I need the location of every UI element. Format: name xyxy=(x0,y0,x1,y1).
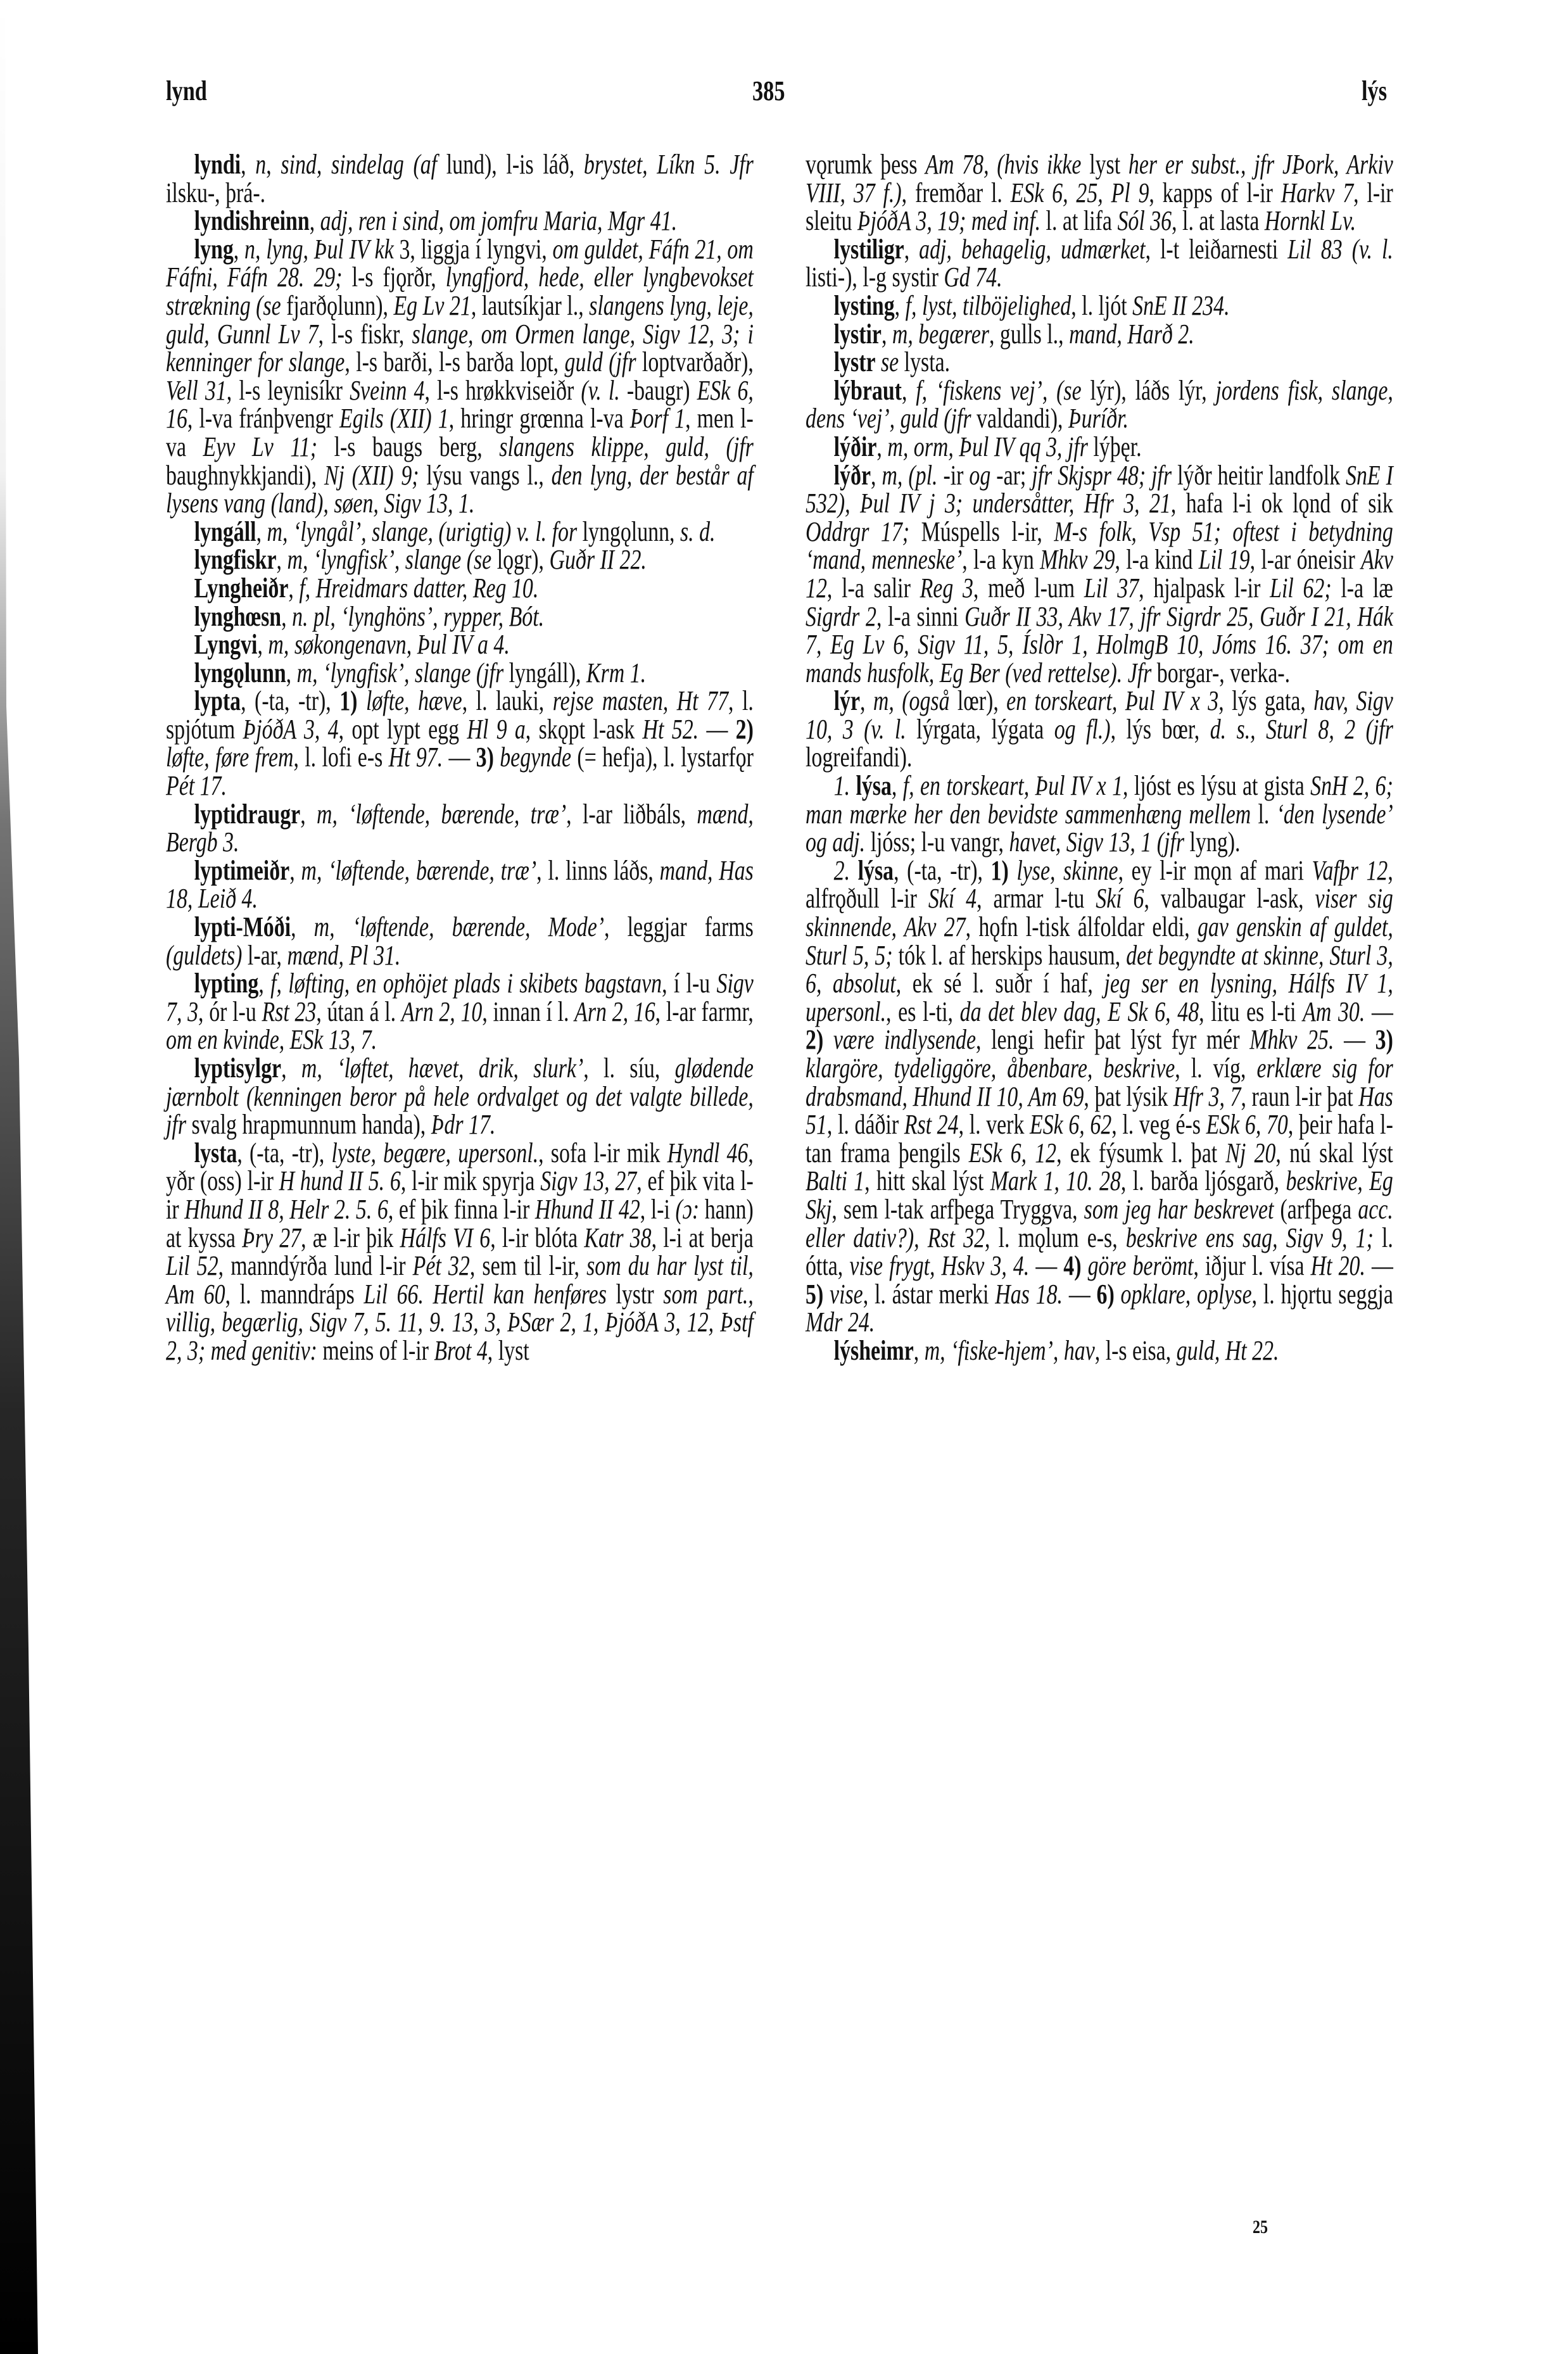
dictionary-entry: 2. lýsa, (-ta, -tr), 1) lyse, skinne, ey… xyxy=(806,857,1393,1337)
homonym-number: 1. xyxy=(834,770,856,801)
headword: lyptisylgr xyxy=(194,1053,281,1084)
headword: lysta xyxy=(194,1137,237,1168)
headword: lystiligr xyxy=(834,234,904,265)
dictionary-entry: lýsheimr, m, ‘fiske-hjem’, hav, l-s eisa… xyxy=(806,1337,1393,1365)
headword: lystir xyxy=(834,319,882,350)
headword: lýbraut xyxy=(834,375,902,406)
headword: lýsa xyxy=(856,770,891,801)
dictionary-entry: lystir, m, begærer, gulls l., mand, Harð… xyxy=(806,320,1393,349)
dictionary-entry: Lyngheiðr, f, Hreidmars datter, Reg 10. xyxy=(166,574,754,603)
dictionary-entry: lyptimeiðr, m, ‘løftende, bærende, træ’,… xyxy=(166,857,754,913)
dictionary-entry: lyngfiskr, m, ‘lyngfisk’, slange (se lǫg… xyxy=(166,546,754,574)
dictionary-entry: lýðr, m, (pl. -ir og -ar; jfr Skjspr 48;… xyxy=(806,462,1393,688)
headword: Lyngheiðr xyxy=(194,573,289,604)
dictionary-entry: lyndi, n, sind, sindelag (af lund), l-is… xyxy=(166,151,754,207)
dictionary-column-left: lyndi, n, sind, sindelag (af lund), l-is… xyxy=(166,151,754,1365)
dictionary-entry: lyngǫlunn, m, ‘lyngfisk’, slange (jfr ly… xyxy=(166,659,754,688)
headword: lýsheimr xyxy=(834,1335,914,1366)
headword: Lyngvi xyxy=(194,629,258,660)
dictionary-entry: lypta, (-ta, -tr), 1) løfte, hæve, l. la… xyxy=(166,687,754,800)
dictionary-entry: lyptidraugr, m, ‘løftende, bærende, træ’… xyxy=(166,800,754,857)
homonym-number: 2. xyxy=(834,855,858,886)
headword: lypta xyxy=(194,685,241,716)
dictionary-column-right: vǫrumk þess Am 78, (hvis ikke lyst her e… xyxy=(806,151,1393,1365)
page-number: 385 xyxy=(752,75,785,107)
headword: lyngǫlunn xyxy=(194,657,286,688)
headword: lypti-Móði xyxy=(194,911,291,942)
running-head-right: lýs xyxy=(1362,75,1387,107)
headword: lyptimeiðr xyxy=(194,855,290,886)
dictionary-entry: lyndishreinn, adj, ren i sind, om jomfru… xyxy=(166,207,754,236)
dictionary-entry: 1. lýsa, f, en torskeart, Þul IV x 1, lj… xyxy=(806,772,1393,857)
headword: lypting xyxy=(194,968,259,999)
headword: lyptidraugr xyxy=(194,799,301,830)
dictionary-entry: lýbraut, f, ‘fiskens vej’, (se lýr), láð… xyxy=(806,377,1393,433)
dictionary-entry: lypti-Móði, m, ‘løftende, bærende, Mode’… xyxy=(166,913,754,970)
headword: lyngáll xyxy=(194,516,256,547)
headword: lýr xyxy=(834,685,860,716)
dictionary-entry: lysta, (-ta, -tr), lyste, begære, uperso… xyxy=(166,1139,754,1365)
dictionary-entry: lýðir, m, orm, Þul IV qq 3, jfr lýþęr. xyxy=(806,433,1393,462)
dictionary-entry: lynghœsn, n. pl, ‘lynghöns’, rypper, Bót… xyxy=(166,603,754,631)
dictionary-entry: lyptisylgr, m, ‘løftet, hævet, drik, slu… xyxy=(166,1054,754,1139)
headword: lýðr xyxy=(834,460,871,491)
headword: lyngfiskr xyxy=(194,544,277,575)
headword: lyndi xyxy=(194,149,241,180)
dictionary-entry: lyngáll, m, ‘lyngål’, slange, (urigtig) … xyxy=(166,518,754,547)
dictionary-entry: lystiligr, adj, behagelig, udmærket, l-t… xyxy=(806,236,1393,292)
headword: lyndishreinn xyxy=(194,205,310,236)
signature-mark: 25 xyxy=(1253,2217,1268,2238)
dictionary-entry: lypting, f, løfting, en ophöjet plads i … xyxy=(166,970,754,1054)
headword: lystr xyxy=(834,346,876,377)
headword: lýðir xyxy=(834,431,877,462)
dictionary-entry: vǫrumk þess Am 78, (hvis ikke lyst her e… xyxy=(806,151,1393,236)
running-head-left: lynd xyxy=(166,75,207,107)
headword: lýsa xyxy=(858,855,894,886)
scan-edge-shadow xyxy=(0,0,57,2354)
dictionary-entry: lyng, n, lyng, Þul IV kk 3, liggja í lyn… xyxy=(166,236,754,518)
headword: lynghœsn xyxy=(194,601,281,632)
headword: lyng xyxy=(194,234,234,265)
dictionary-entry: Lyngvi, m, søkongenavn, Þul IV a 4. xyxy=(166,631,754,659)
dictionary-entry: lystr se lysta. xyxy=(806,348,1393,377)
dictionary-entry: lýr, m, (også lœr), en torskeart, Þul IV… xyxy=(806,687,1393,772)
dictionary-entry: lysting, f, lyst, tilböjelighed, l. ljót… xyxy=(806,292,1393,320)
headword: lysting xyxy=(834,290,895,321)
